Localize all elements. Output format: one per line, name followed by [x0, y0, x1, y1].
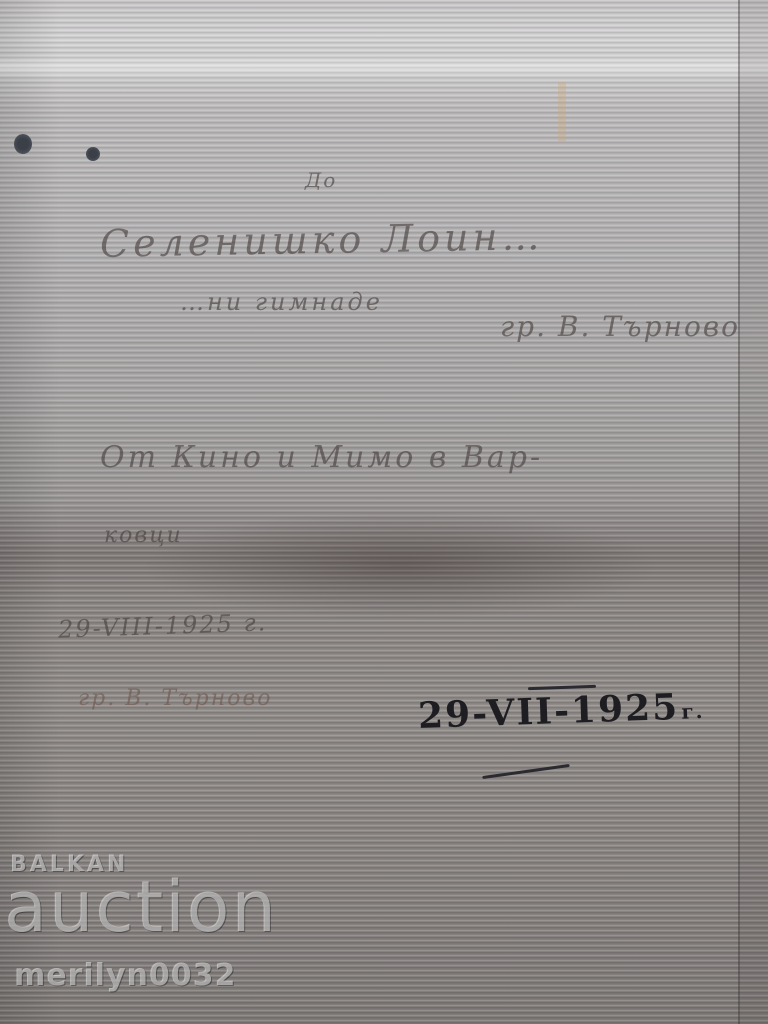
ink-date-year: 1925: [570, 686, 680, 732]
rust-stain: [558, 82, 566, 142]
addressee-to-label: До: [305, 168, 337, 192]
punch-hole: [86, 147, 100, 161]
watermark-main: auction: [4, 866, 278, 948]
right-edge-strip: [740, 0, 768, 1024]
addressee-line-1: Селенишко Лоин…: [100, 214, 544, 266]
ink-date-day: 29: [417, 693, 473, 737]
addressee-line-2: …ни гимнаде: [180, 288, 383, 316]
sender-line-2: ковци: [104, 523, 183, 548]
top-light-band: [0, 55, 768, 79]
fold-shadow: [140, 510, 660, 620]
pencil-place: гр. В. Търново: [78, 686, 273, 711]
ink-date-month: VII: [486, 690, 555, 734]
punch-hole: [14, 134, 32, 154]
ink-date-suffix: г.: [681, 699, 705, 724]
watermark-username: merilyn0032: [14, 958, 236, 993]
vertical-fold-line: [738, 0, 740, 1024]
sender-line-1: От Кино и Мимо в Вар-: [100, 440, 543, 475]
addressee-place: гр. В. Търново: [500, 310, 740, 343]
